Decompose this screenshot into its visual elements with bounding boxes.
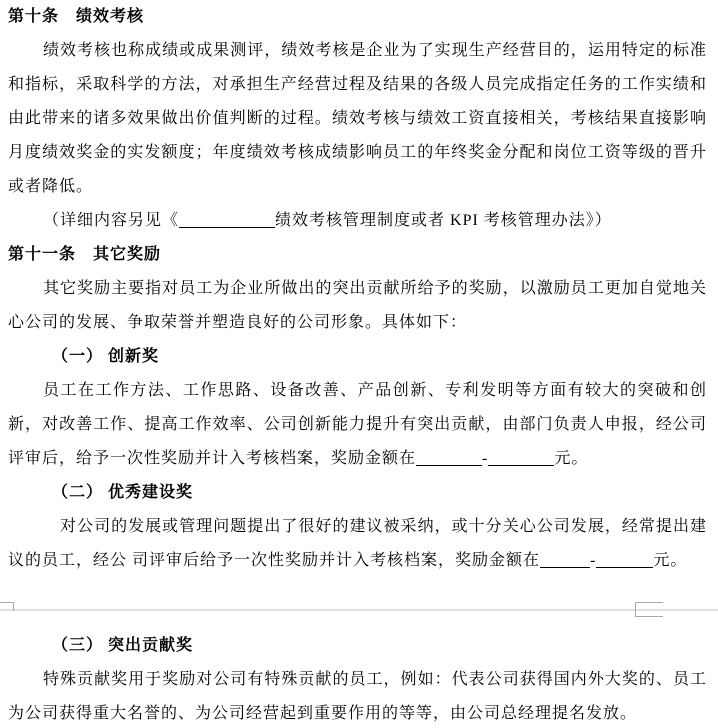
article10-note: （详细内容另见《绩效考核管理制度或者 KPI 考核管理办法》） [8,204,707,238]
article11-heading: 第十一条 其它奖励 [8,238,707,272]
award3-body: 特殊贡献奖用于奖励对公司有特殊贡献的员工，例如：代表公司获得国内外大奖的、员工为… [8,663,707,728]
article11-intro: 其它奖励主要指对员工为企业所做出的突出贡献所给予的奖励，以激励员工更加自觉地关心… [8,272,707,340]
fill-in-blank [179,213,275,228]
note-pre-text: （详细内容另见《 [43,212,179,229]
fill-in-blank [596,553,653,568]
note-post-text: 绩效考核管理制度或者 KPI 考核管理办法》） [275,212,612,229]
award2-heading: （二） 优秀建设奖 [52,476,707,510]
award1-heading: （一） 创新奖 [52,340,707,374]
text-boundary-mark-right [635,602,663,617]
page-boundary-line [0,609,718,611]
document-page: 第十条 绩效考核 绩效考核也称成绩或成果测评，绩效考核是企业为了实现生产经营目的… [0,0,718,728]
fill-in-blank [488,451,554,466]
fill-in-blank [416,451,482,466]
award1-body-post: 元。 [554,450,588,467]
page-gap [8,578,707,629]
fill-in-blank [540,553,590,568]
award3-heading: （三） 突出贡献奖 [52,629,707,663]
article10-heading: 第十条 绩效考核 [8,0,707,34]
award2-body-post: 元。 [653,552,687,569]
text-boundary-mark-left [0,602,14,611]
award1-body: 员工在工作方法、工作思路、设备改善、产品创新、专利发明等方面有较大的突破和创新，… [8,374,707,476]
award2-body: 对公司的发展或管理问题提出了很好的建议被采纳，或十分关心公司发展，经常提出建议的… [8,510,707,578]
award1-body-pre: 员工在工作方法、工作思路、设备改善、产品创新、专利发明等方面有较大的突破和创新，… [8,382,707,467]
article10-body: 绩效考核也称成绩或成果测评，绩效考核是企业为了实现生产经营目的，运用特定的标准和… [8,34,707,204]
